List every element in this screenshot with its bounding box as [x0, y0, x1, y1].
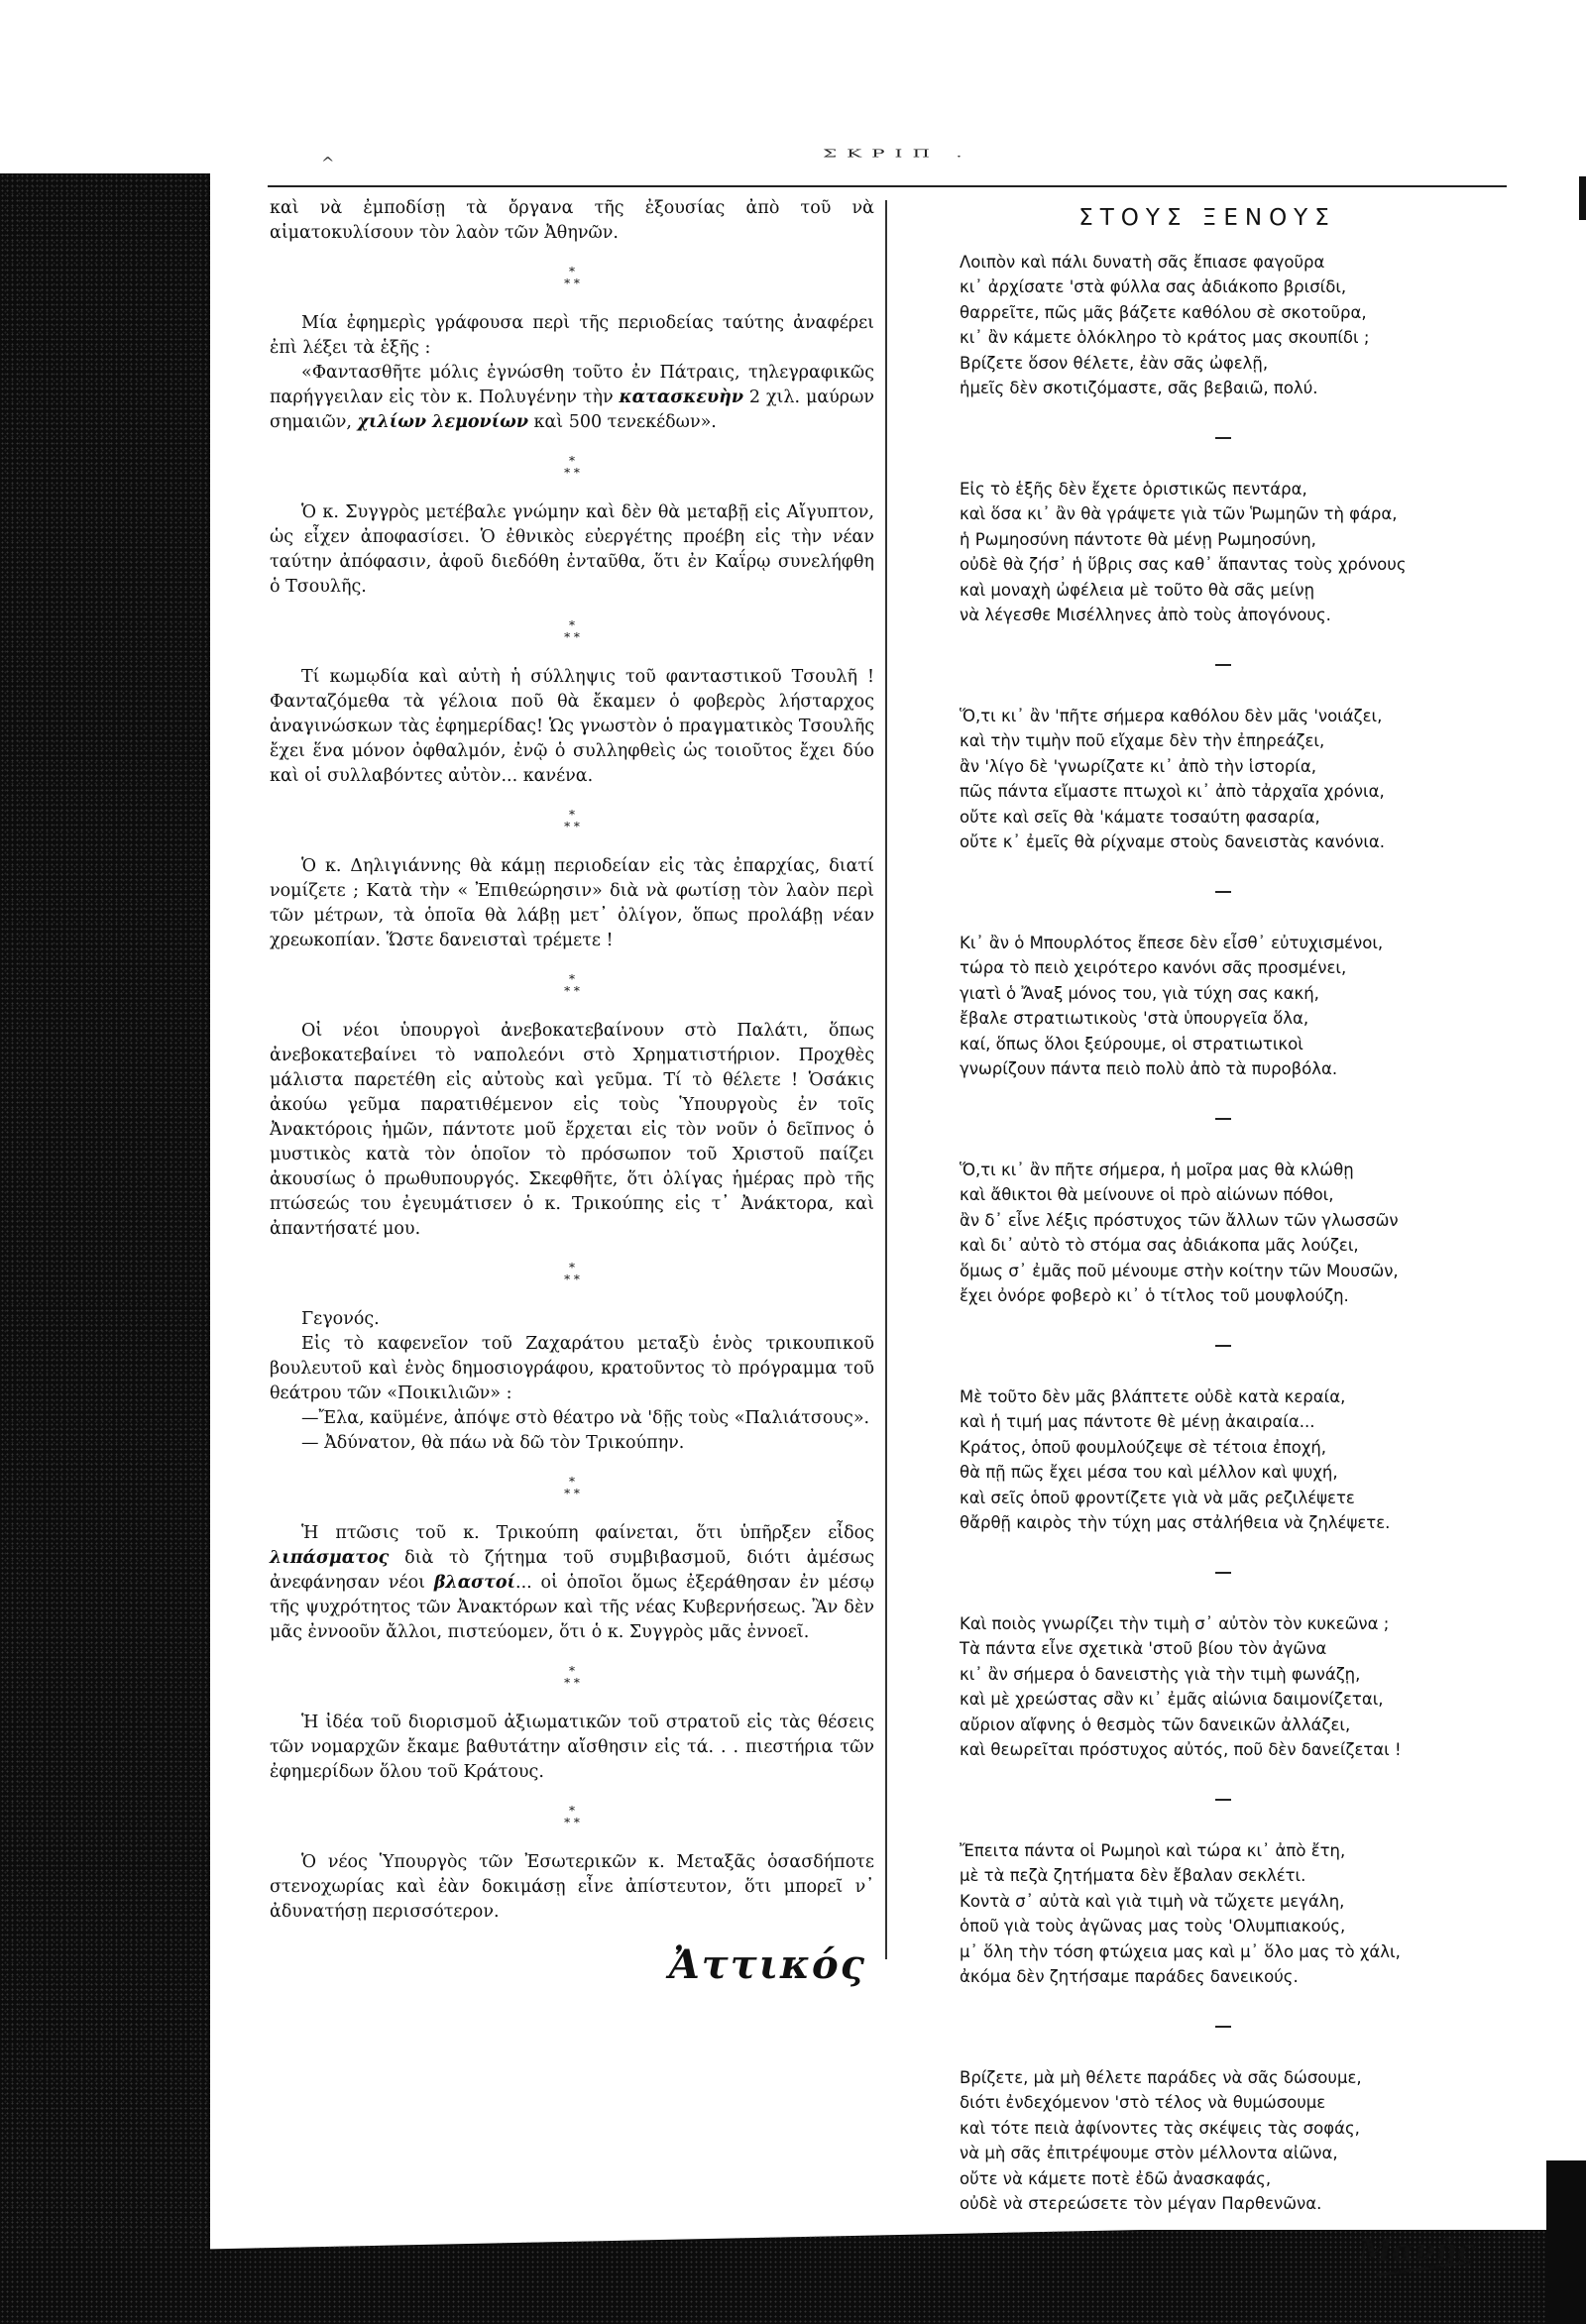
- stanza-separator: [1215, 891, 1231, 893]
- poem-line: καὶ μοναχὴ ὠφέλεια μὲ τοῦτο θὰ σᾶς μείνῃ: [960, 578, 1515, 604]
- asterism: ** *: [270, 455, 874, 479]
- poem-line: Κι᾽ ἂν ὁ Μπουρλότος ἔπεσε δὲν εἶσθ᾽ εὐτυ…: [960, 931, 1515, 956]
- poem-line: Καὶ ποιὸς γνωρίζει τὴν τιμὴ σ᾽ αὐτὸν τὸν…: [960, 1611, 1515, 1637]
- scan-edge-mark: [1579, 176, 1586, 220]
- stanza: Βρίζετε, μὰ μὴ θέλετε παράδες νὰ σᾶς δώσ…: [960, 2065, 1515, 2217]
- poem-line: γνωρίζουν πάντα πειὸ πολὺ ἀπὸ τὰ πυροβόλ…: [960, 1056, 1515, 1082]
- poem-line: καὶ ὅσα κι᾽ ἂν θὰ γράψετε γιὰ τῶν Ῥωμηῶν…: [960, 501, 1515, 527]
- stanza: Κι᾽ ἂν ὁ Μπουρλότος ἔπεσε δὲν εἶσθ᾽ εὐτυ…: [960, 931, 1515, 1082]
- news-item-deligiannis: Ὁ κ. Δηλιγιάννης θὰ κάμῃ περιοδείαν εἰς …: [270, 854, 874, 953]
- column-divider: [885, 200, 887, 1959]
- poem-line: καὶ τὴν τιμὴν ποῦ εἴχαμε δὲν τὴν ἐπηρεάζ…: [960, 728, 1515, 754]
- scan-border-left: [0, 173, 210, 2324]
- poem-line: καὶ δι᾽ αὐτὸ τὸ στόμα σας ἀδιάκοπα μᾶς λ…: [960, 1233, 1515, 1259]
- poem-line: Κοντὰ σ᾽ αὐτὰ καὶ γιὰ τιμὴ νὰ τὤχετε μεγ…: [960, 1889, 1515, 1915]
- poem-line: τώρα τὸ πειὸ χειρότερο κανόνι σᾶς προσμέ…: [960, 955, 1515, 981]
- poem-line: ἡ Ρωμηοσύνη πάντοτε θὰ μένῃ Ρωμηοσύνη,: [960, 527, 1515, 553]
- poem-line: καὶ θεωρεῖται πρόστυχος αὐτός, ποῦ δὲν δ…: [960, 1737, 1515, 1763]
- right-column-poem: ΣΤΟΥΣ ΞΕΝΟΥΣ Λοιπὸν καὶ πάλι δυνατὴ σᾶς …: [960, 206, 1515, 2270]
- poem-line: θἄρθῇ καιρὸς τὴν τύχη μας στἀλήθεια νὰ ζ…: [960, 1510, 1515, 1536]
- news-item-tsoulis: Τί κωμῳδία καὶ αὐτὴ ἡ σύλληψις τοῦ φαντα…: [270, 665, 874, 789]
- poem-line: οὔτε καὶ σεῖς θὰ 'κάματε τοσαύτη φασαρία…: [960, 805, 1515, 830]
- stanza: Μὲ τοῦτο δὲν μᾶς βλάπτετε οὐδὲ κατὰ κερα…: [960, 1384, 1515, 1536]
- poem-line: καὶ ἄθικτοι θὰ μείνουνε οἱ πρὸ αἰώνων πό…: [960, 1182, 1515, 1208]
- poem-line: Λοιπὸν καὶ πάλι δυνατὴ σᾶς ἔπιασε φαγοῦρ…: [960, 250, 1515, 276]
- poem-line: θὰ πῇ πῶς ἔχει μέσα του καὶ μέλλον καὶ ψ…: [960, 1460, 1515, 1486]
- stanza-separator: [1215, 437, 1231, 439]
- stanza-separator: [1215, 2026, 1231, 2028]
- stanza-separator: [1215, 1572, 1231, 1574]
- poem-line: μὲ τὰ πεζὰ ζητήματα δὲν ἔβαλαν σεκλέτι.: [960, 1863, 1515, 1889]
- asterism: ** *: [270, 1476, 874, 1499]
- news-item-officers: Ἡ ἰδέα τοῦ διορισμοῦ ἀξιωματικῶν τοῦ στρ…: [270, 1711, 874, 1785]
- news-item-metaxas: Ὁ νέος Ὑπουργὸς τῶν Ἐσωτερικῶν κ. Μεταξᾶ…: [270, 1850, 874, 1925]
- opening-paragraph: καὶ νὰ ἐμποδίσῃ τὰ ὄργανα τῆς ἐξουσίας ἀ…: [270, 196, 874, 246]
- newspaper-masthead: ΣΚΡΙΠ .: [823, 147, 972, 160]
- poem-line: πῶς πάντα εἴμαστε πτωχοὶ κι᾽ ἀπὸ τἀρχαῖα…: [960, 779, 1515, 805]
- poem-title: ΣΤΟΥΣ ΞΕΝΟΥΣ: [960, 206, 1515, 232]
- stanza: Λοιπὸν καὶ πάλι δυνατὴ σᾶς ἔπιασε φαγοῦρ…: [960, 250, 1515, 401]
- poem-line: Εἰς τὸ ἑξῆς δὲν ἔχετε ὁριστικῶς πεντάρα,: [960, 477, 1515, 502]
- poem-line: ἂν δ᾽ εἶνε λέξις πρόστυχος τῶν ἄλλων τῶν…: [960, 1208, 1515, 1234]
- poem-line: καὶ σεῖς ὁποῦ φροντίζετε γιὰ νὰ μᾶς ρεζι…: [960, 1486, 1515, 1511]
- poem-line: Ἔπειτα πάντα οἱ Ρωμηοὶ καὶ τώρα κι᾽ ἀπὸ …: [960, 1838, 1515, 1864]
- news-item-cafe-dialogue: Γεγονός. Εἰς τὸ καφενεῖον τοῦ Ζαχαράτου …: [270, 1307, 874, 1456]
- poem-line: καὶ ἡ τιμή μας πάντοτε θὲ μένῃ ἀκαιραία.…: [960, 1409, 1515, 1435]
- poem-line: ὅμως σ᾽ ἐμᾶς ποῦ μένουμε στὴν κοίτην τῶν…: [960, 1259, 1515, 1284]
- poem-line: γιατὶ ὁ Ἄναξ μόνος του, γιὰ τύχη σας κακ…: [960, 981, 1515, 1007]
- stanza-separator: [1215, 1118, 1231, 1120]
- news-item-trikoupis-fall: Ἡ πτῶσις τοῦ κ. Τρικούπη φαίνεται, ὅτι ὑ…: [270, 1521, 874, 1645]
- poem-line: ἂν 'λίγο δὲ 'γνωρίζατε κι᾽ ἀπὸ τὴν ἱστορ…: [960, 754, 1515, 780]
- poem-line: οὔτε κ᾽ ἐμεῖς θὰ ρίχναμε στοὺς δανειστὰς…: [960, 830, 1515, 855]
- poem-line: οὐδὲ νὰ στερεώσετε τὸν μέγαν Παρθενῶνα.: [960, 2191, 1515, 2217]
- stanza: Ὅ,τι κι᾽ ἂν 'πῆτε σήμερα καθόλου δὲν μᾶς…: [960, 704, 1515, 855]
- poem-line: ἔβαλε στρατιωτικοὺς 'στὰ ὑπουργεῖα ὅλα,: [960, 1006, 1515, 1032]
- signature-attikos: Ἀττικός: [270, 1952, 874, 1977]
- asterism: ** *: [270, 1805, 874, 1828]
- poem-line: Τὰ πάντα εἶνε σχετικὰ 'στοῦ βίου τὸν ἀγῶ…: [960, 1636, 1515, 1662]
- poem-line: Ὅ,τι κι᾽ ἂν πῆτε σήμερα, ἡ μοῖρα μας θὰ …: [960, 1158, 1515, 1183]
- poem-line: διότι ἐνδεχόμενον 'στὸ τέλος νὰ θυμώσουμ…: [960, 2090, 1515, 2116]
- poem-line: θαρρεῖτε, πῶς μᾶς βάζετε καθόλου σὲ σκοτ…: [960, 300, 1515, 326]
- news-item-newspaper-quote: Μία ἐφημερὶς γράφουσα περὶ τῆς περιοδεία…: [270, 311, 874, 435]
- poem-stanzas: Λοιπὸν καὶ πάλι δυνατὴ σᾶς ἔπιασε φαγοῦρ…: [960, 250, 1515, 2217]
- poem-line: κι᾽ ἀρχίσατε 'στὰ φύλλα σας ἀδιάκοπο βρι…: [960, 275, 1515, 300]
- news-item-syngros: Ὁ κ. Συγγρὸς μετέβαλε γνώμην καὶ δὲν θὰ …: [270, 500, 874, 600]
- poem-line: οὐδὲ θὰ ζήσ᾽ ἡ ὕβρις σας καθ᾽ ἅπαντας το…: [960, 552, 1515, 578]
- poem-line: Βρίζετε ὅσον θέλετε, ἐὰν σᾶς ὠφελῇ,: [960, 351, 1515, 377]
- poem-line: Βρίζετε, μὰ μὴ θέλετε παράδες νὰ σᾶς δώσ…: [960, 2065, 1515, 2091]
- poem-line: καὶ τότε πειὰ ἀφίνοντες τὰς σκέψεις τὰς …: [960, 2116, 1515, 2142]
- asterism: ** *: [270, 619, 874, 643]
- poem-line: ὁποῦ γιὰ τοὺς ἀγῶνας μας τοὺς 'Ολυμπιακο…: [960, 1914, 1515, 1939]
- header-rule: [268, 185, 1507, 187]
- scan-border-right: [1546, 2160, 1586, 2324]
- signature-manis: Μανῆς: [960, 2239, 1515, 2271]
- poem-line: νὰ μὴ σᾶς ἐπιτρέψουμε στὸν μέλλοντα αἰῶν…: [960, 2141, 1515, 2166]
- stanza: Καὶ ποιὸς γνωρίζει τὴν τιμὴ σ᾽ αὐτὸν τὸν…: [960, 1611, 1515, 1763]
- poem-line: νὰ λέγεσθε Μισέλληνες ἀπὸ τοὺς ἀπογόνους…: [960, 603, 1515, 628]
- poem-line: Κράτος, ὁποῦ φουμλούζεψε σὲ τέτοια ἐποχή…: [960, 1435, 1515, 1461]
- left-column-news-items: καὶ νὰ ἐμποδίσῃ τὰ ὄργανα τῆς ἐξουσίας ἀ…: [270, 196, 874, 1977]
- asterism: ** *: [270, 973, 874, 997]
- news-item-ministers: Οἱ νέοι ὑπουργοὶ ἀνεβοκατεβαίνουν στὸ Πα…: [270, 1019, 874, 1242]
- poem-line: ἀκόμα δὲν ζητήσαμε παράδες δανεικούς.: [960, 1964, 1515, 1990]
- asterism: ** *: [270, 1262, 874, 1285]
- header-mark: ^: [321, 154, 334, 172]
- poem-line: κι᾽ ἂν σήμερα ὁ δανειστὴς γιὰ τὴν τιμὴ φ…: [960, 1662, 1515, 1688]
- poem-line: αὔριον αἴφνης ὁ θεσμὸς τῶν δανεικῶν ἀλλά…: [960, 1713, 1515, 1738]
- poem-line: ἔχει ὀνόρε φοβερὸ κι᾽ ὁ τίτλος τοῦ μουφλ…: [960, 1283, 1515, 1309]
- poem-line: οὔτε νὰ κάμετε ποτὲ ἐδῶ ἀνασκαφάς,: [960, 2166, 1515, 2192]
- stanza-separator: [1215, 664, 1231, 666]
- poem-line: μ᾽ ὅλη τὴν τόση φτώχεια μας καὶ μ᾽ ὅλο μ…: [960, 1939, 1515, 1965]
- asterism: ** *: [270, 1665, 874, 1689]
- asterism: ** *: [270, 266, 874, 289]
- poem-line: Μὲ τοῦτο δὲν μᾶς βλάπτετε οὐδὲ κατὰ κερα…: [960, 1384, 1515, 1410]
- poem-line: ἡμεῖς δὲν σκοτιζόμαστε, σᾶς βεβαιῶ, πολύ…: [960, 376, 1515, 401]
- stanza-separator: [1215, 1799, 1231, 1801]
- poem-line: καὶ μὲ χρεώστας σἂν κι᾽ ἐμᾶς αἰώνια δαιμ…: [960, 1687, 1515, 1713]
- stanza: Εἰς τὸ ἑξῆς δὲν ἔχετε ὁριστικῶς πεντάρα,…: [960, 477, 1515, 628]
- asterism: ** *: [270, 809, 874, 832]
- stanza: Ἔπειτα πάντα οἱ Ρωμηοὶ καὶ τώρα κι᾽ ἀπὸ …: [960, 1838, 1515, 1990]
- poem-line: κι᾽ ἂν κάμετε ὁλόκληρο τὸ κράτος μας σκο…: [960, 325, 1515, 351]
- poem-line: Ὅ,τι κι᾽ ἂν 'πῆτε σήμερα καθόλου δὲν μᾶς…: [960, 704, 1515, 729]
- stanza-separator: [1215, 1345, 1231, 1347]
- stanza: Ὅ,τι κι᾽ ἂν πῆτε σήμερα, ἡ μοῖρα μας θὰ …: [960, 1158, 1515, 1309]
- poem-line: καί, ὅπως ὅλοι ξεύρουμε, οἱ στρατιωτικοὶ: [960, 1032, 1515, 1057]
- page-header: ^ ΣΚΡΙΠ .: [268, 149, 1507, 188]
